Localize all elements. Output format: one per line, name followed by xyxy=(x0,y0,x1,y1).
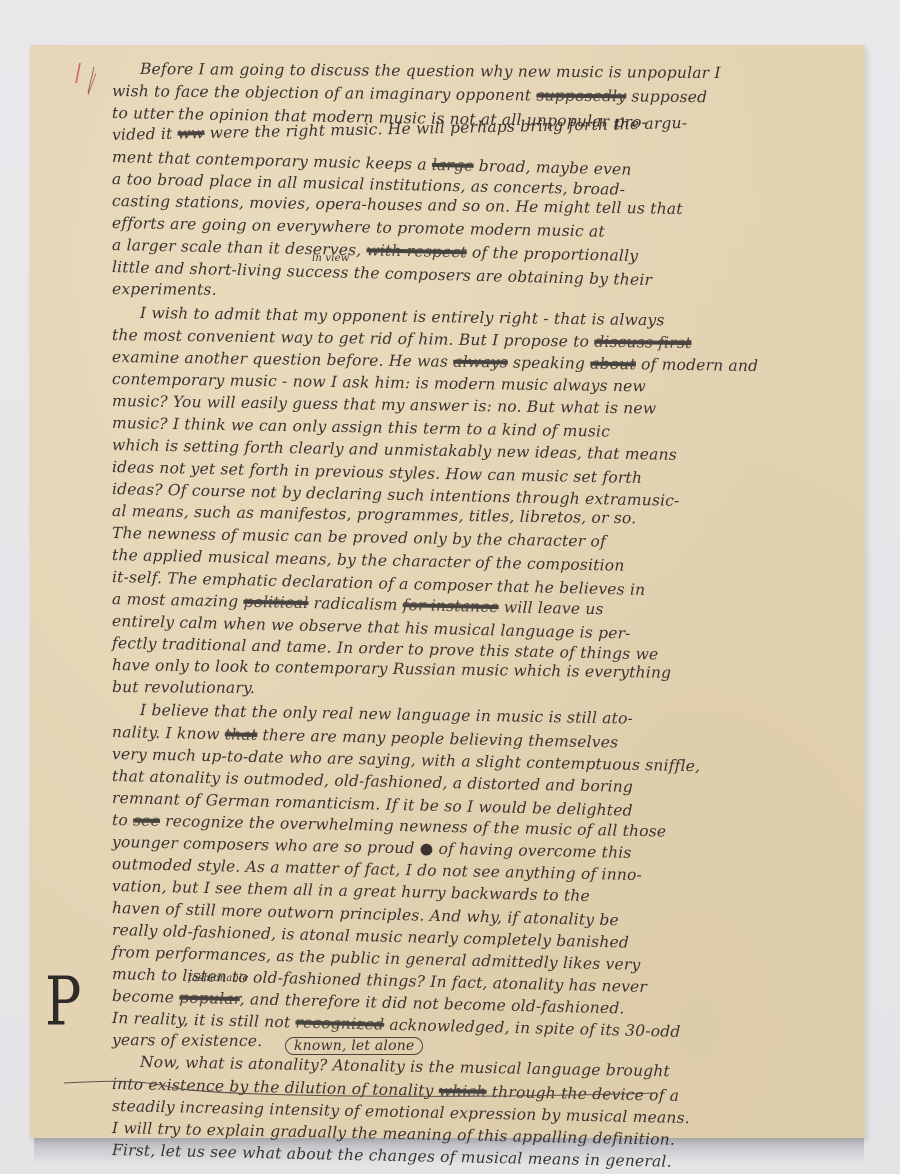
struck-word: that xyxy=(225,725,258,744)
manuscript-line: experiments. xyxy=(112,280,217,299)
line-text: of modern and xyxy=(636,355,759,375)
manuscript-page: P Before I am going to discuss the quest… xyxy=(30,45,865,1138)
line-text: will leave us xyxy=(499,598,604,618)
line-text: ment that contemporary music keeps a xyxy=(112,148,432,174)
struck-word: political xyxy=(243,593,308,612)
struck-word: recognized xyxy=(295,1013,384,1033)
struck-word: with respect xyxy=(366,241,467,261)
struck-word: discuss first xyxy=(594,333,691,352)
red-pencil-mark-icon xyxy=(50,55,110,115)
line-text: contemporary music - now I ask him: is m… xyxy=(112,370,646,395)
struck-word: supposedly xyxy=(536,86,626,105)
line-text: Before I am going to discuss the questio… xyxy=(140,60,721,82)
line-text: supposed xyxy=(626,87,707,106)
line-text: wish to face the objection of an imagina… xyxy=(112,82,537,104)
struck-word: always xyxy=(453,353,508,372)
manuscript-line: but revolutionary. xyxy=(112,678,255,697)
line-text: radicalism xyxy=(308,594,403,614)
struck-word: for instance xyxy=(403,596,499,616)
insert-fashionable: fashionable xyxy=(188,973,249,984)
line-text: there are many people believing themselv… xyxy=(257,726,618,752)
line-text: to xyxy=(112,811,133,829)
line-text: experiments. xyxy=(112,280,217,299)
struck-word: popular xyxy=(179,989,240,1008)
line-text: but revolutionary. xyxy=(112,678,255,697)
line-text: vided it xyxy=(112,125,178,144)
line-text: become xyxy=(112,987,180,1007)
manuscript-line: music? You will easily guess that my ans… xyxy=(112,392,657,418)
insert-in-view: in view xyxy=(312,253,350,264)
paragraph-margin-mark: P xyxy=(45,962,81,1041)
line-text: I believe that the only real new languag… xyxy=(140,701,633,728)
manuscript-line: the most convenient way to get rid of hi… xyxy=(112,326,692,352)
line-text: nality. I know xyxy=(112,723,225,743)
struck-word: see xyxy=(133,811,160,830)
line-text: broad, maybe even xyxy=(473,157,631,179)
insert-connector-line xyxy=(60,1055,680,1105)
line-text: I wish to admit that my opponent is enti… xyxy=(140,304,665,329)
line-text: music? You will easily guess that my ans… xyxy=(112,392,657,418)
struck-word: ww xyxy=(177,124,204,143)
struck-word: large xyxy=(432,156,474,175)
line-text: examine another question before. He was xyxy=(112,348,453,371)
manuscript-line: I wish to admit that my opponent is enti… xyxy=(140,304,665,329)
encircled-insert: known, let alone xyxy=(285,1037,423,1055)
manuscript-line: contemporary music - now I ask him: is m… xyxy=(112,370,646,395)
manuscript-line: years of existence. xyxy=(112,1031,262,1050)
line-text: acknowledged, in spite of its 30-odd xyxy=(384,1016,681,1041)
line-text: In reality, it is still not xyxy=(112,1009,296,1031)
manuscript-line: wish to face the objection of an imagina… xyxy=(112,82,707,106)
line-text: years of existence. xyxy=(112,1031,262,1050)
line-text: of the proportionally xyxy=(467,243,639,265)
line-text: the most convenient way to get rid of hi… xyxy=(112,326,595,351)
struck-word: about xyxy=(590,355,636,374)
manuscript-line: I believe that the only real new languag… xyxy=(140,701,633,728)
line-text: a most amazing xyxy=(112,590,244,611)
line-text: speaking xyxy=(508,354,591,373)
manuscript-line: Before I am going to discuss the questio… xyxy=(140,60,721,82)
